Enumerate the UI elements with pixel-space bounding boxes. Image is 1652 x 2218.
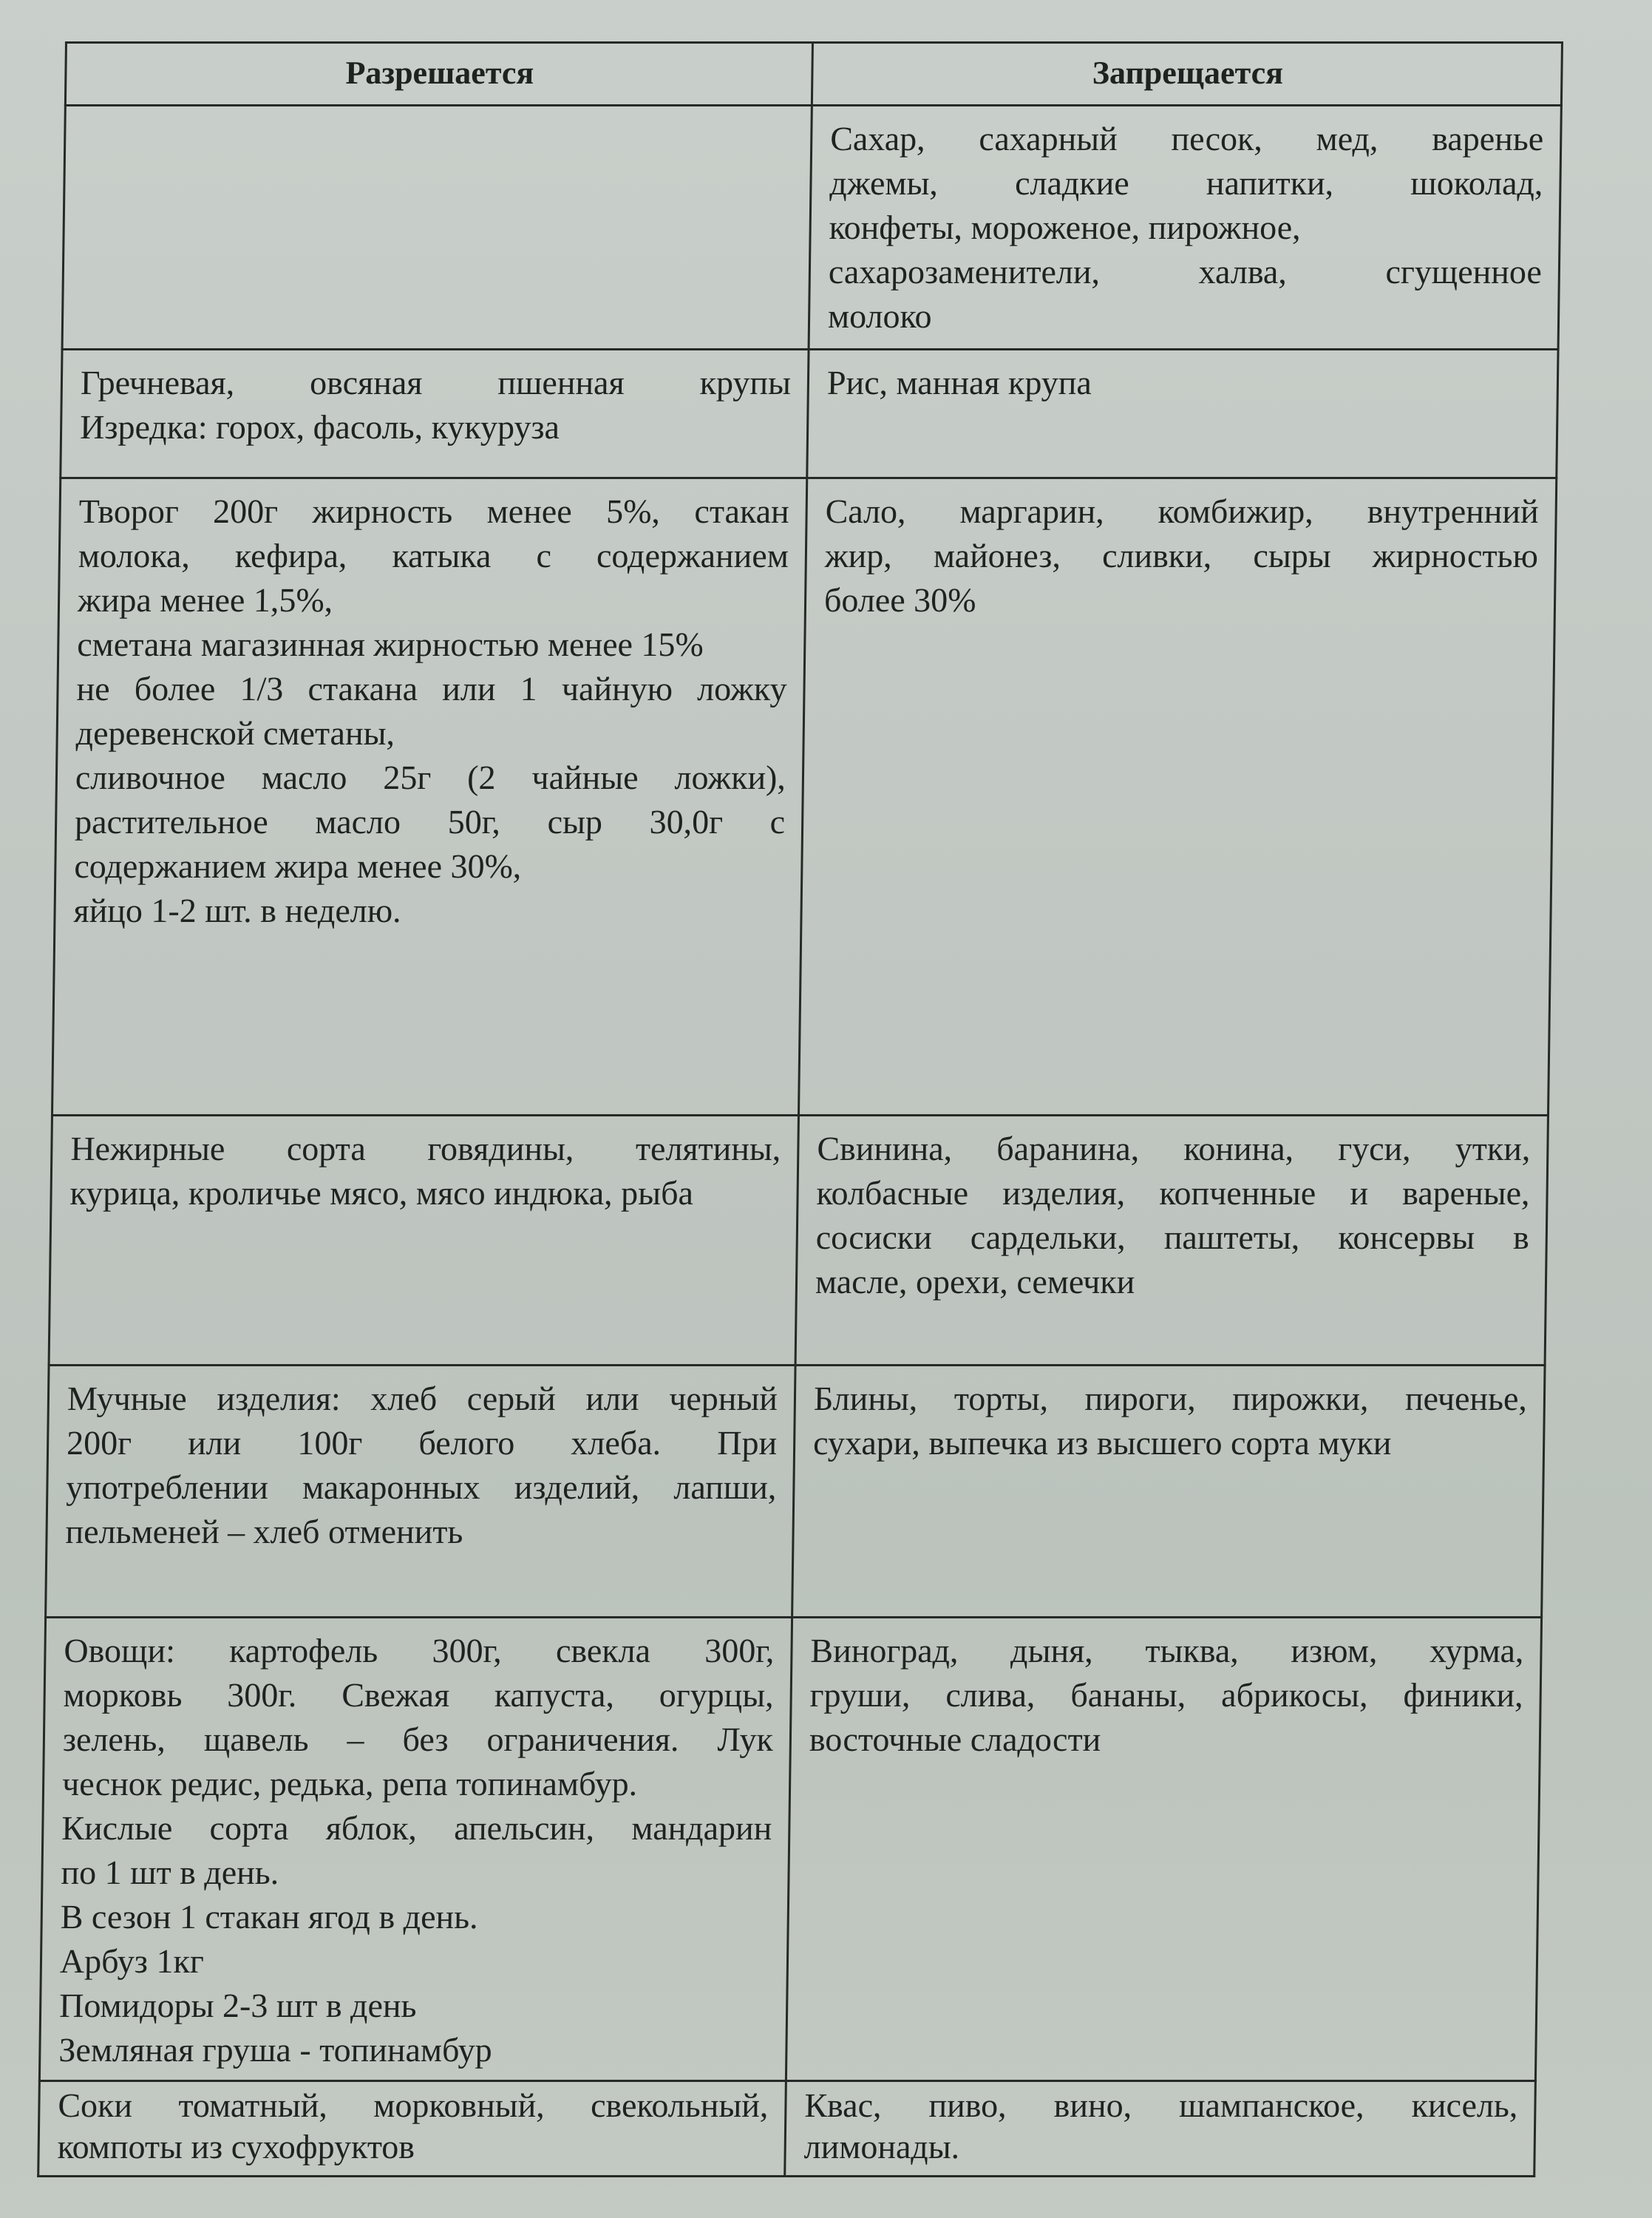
allowed-line: Нежирные сорта говядины, телятины, <box>70 1127 781 1171</box>
forbidden-line: Сало, маргарин, комбижир, внутренний <box>825 489 1539 534</box>
table-row: Творог 200г жирность менее 5%, стаканмол… <box>52 478 1556 1116</box>
forbidden-line: груши, слива, бананы, абрикосы, финики, <box>809 1673 1523 1717</box>
allowed-line: по 1 шт в день. <box>61 1851 772 1895</box>
table-row: Гречневая, овсяная пшенная крупыИзредка:… <box>61 350 1558 478</box>
allowed-line: В сезон 1 стакан ягод в день. <box>60 1895 771 1939</box>
document-sheet: Разрешается Запрещается Сахар, сахарный … <box>37 41 1561 2177</box>
allowed-line: Творог 200г жирность менее 5%, стакан <box>78 489 789 534</box>
forbidden-line: Блины, торты, пироги, пирожки, печенье, <box>814 1377 1528 1421</box>
allowed-cell: Гречневая, овсяная пшенная крупыИзредка:… <box>61 350 809 478</box>
forbidden-line: восточные сладости <box>809 1717 1523 1762</box>
table-row: Соки томатный, морковный, свекольный,ком… <box>38 2081 1536 2177</box>
forbidden-line: жир, майонез, сливки, сыры жирностью <box>824 534 1538 578</box>
allowed-line: морковь 300г. Свежая капуста, огурцы, <box>63 1673 774 1717</box>
forbidden-line: сосиски сардельки, паштеты, консервы в <box>815 1215 1529 1260</box>
header-row: Разрешается Запрещается <box>65 43 1562 106</box>
allowed-line: 200г или 100г белого хлеба. При <box>67 1421 778 1465</box>
allowed-line: Гречневая, овсяная пшенная крупы <box>81 361 792 405</box>
allowed-line: Земляная груша - топинамбур <box>58 2028 769 2072</box>
allowed-cell: Мучные изделия: хлеб серый или черный200… <box>46 1366 795 1618</box>
allowed-cell: Овощи: картофель 300г, свекла 300г,морко… <box>39 1618 792 2081</box>
forbidden-cell: Квас, пиво, вино, шампанское, кисель,лим… <box>785 2081 1536 2177</box>
forbidden-cell: Свинина, баранина, конина, гуси, утки,ко… <box>795 1116 1548 1366</box>
allowed-line: курица, кроличье мясо, мясо индюка, рыба <box>69 1171 781 1215</box>
forbidden-line: колбасные изделия, копченные и вареные, <box>816 1171 1530 1215</box>
allowed-line: чеснок редис, редька, репа топинамбур. <box>62 1762 773 1806</box>
header-forbidden: Запрещается <box>812 43 1562 106</box>
forbidden-line: сахарозаменители, халва, сгущенное <box>829 250 1543 294</box>
forbidden-cell: Виноград, дыня, тыква, изюм, хурма,груши… <box>786 1618 1541 2081</box>
forbidden-cell: Рис, манная крупа <box>807 350 1558 478</box>
table-row: Мучные изделия: хлеб серый или черный200… <box>46 1366 1545 1618</box>
forbidden-line: сухари, выпечка из высшего сорта муки <box>813 1421 1527 1465</box>
allowed-line: яйцо 1-2 шт. в неделю. <box>73 889 784 933</box>
forbidden-line: лимонады. <box>803 2126 1517 2168</box>
forbidden-line: Сахар, сахарный песок, мед, варенье <box>830 117 1544 161</box>
diet-table: Разрешается Запрещается Сахар, сахарный … <box>37 41 1563 2177</box>
allowed-line: молока, кефира, катыка с содержанием <box>78 534 789 578</box>
forbidden-line: масле, орехи, семечки <box>815 1260 1529 1304</box>
allowed-line: Изредка: горох, фасоль, кукуруза <box>80 405 791 450</box>
allowed-cell <box>62 106 812 350</box>
forbidden-line: более 30% <box>824 578 1538 623</box>
forbidden-line: джемы, сладкие напитки, шоколад, <box>829 161 1543 206</box>
forbidden-line: конфеты, мороженое, пирожное, <box>829 206 1543 250</box>
forbidden-line: Виноград, дыня, тыква, изюм, хурма, <box>810 1629 1524 1673</box>
forbidden-cell: Сахар, сахарный песок, мед, вареньеджемы… <box>809 106 1561 350</box>
allowed-line: употреблении макаронных изделий, лапши, <box>66 1465 777 1510</box>
forbidden-line: Свинина, баранина, конина, гуси, утки, <box>817 1127 1531 1171</box>
allowed-line: Кислые сорта яблок, апельсин, мандарин <box>61 1806 772 1851</box>
allowed-cell: Нежирные сорта говядины, телятины,курица… <box>49 1116 798 1366</box>
allowed-line: сливочное масло 25г (2 чайные ложки), <box>75 756 786 800</box>
allowed-line: Овощи: картофель 300г, свекла 300г, <box>64 1629 775 1673</box>
forbidden-line: Рис, манная крупа <box>827 361 1541 405</box>
forbidden-cell: Блины, торты, пироги, пирожки, печенье,с… <box>792 1366 1545 1618</box>
forbidden-line: молоко <box>828 294 1542 339</box>
allowed-line: Мучные изделия: хлеб серый или черный <box>67 1377 778 1421</box>
header-allowed: Разрешается <box>65 43 812 106</box>
allowed-line: растительное масло 50г, сыр 30,0г с <box>75 800 786 844</box>
allowed-cell: Соки томатный, морковный, свекольный,ком… <box>38 2081 786 2177</box>
allowed-line: компоты из сухофруктов <box>57 2126 768 2168</box>
table-row: Овощи: картофель 300г, свекла 300г,морко… <box>39 1618 1541 2081</box>
allowed-line: зелень, щавель – без ограничения. Лук <box>63 1717 774 1762</box>
forbidden-cell: Сало, маргарин, комбижир, внутреннийжир,… <box>798 478 1556 1116</box>
allowed-line: Помидоры 2-3 шт в день <box>59 1984 770 2028</box>
table-row: Нежирные сорта говядины, телятины,курица… <box>49 1116 1548 1366</box>
allowed-line: не более 1/3 стакана или 1 чайную ложку <box>76 667 787 711</box>
allowed-line: Арбуз 1кг <box>60 1939 771 1984</box>
table-row: Сахар, сахарный песок, мед, вареньеджемы… <box>62 106 1561 350</box>
allowed-line: сметана магазинная жирностью менее 15% <box>77 623 788 667</box>
allowed-line: деревенской сметаны, <box>75 711 786 756</box>
allowed-line: пельменей – хлеб отменить <box>65 1510 776 1554</box>
forbidden-line: Квас, пиво, вино, шампанское, кисель, <box>804 2085 1518 2126</box>
allowed-line: Соки томатный, морковный, свекольный, <box>58 2085 769 2126</box>
allowed-cell: Творог 200г жирность менее 5%, стаканмол… <box>52 478 806 1116</box>
allowed-line: жира менее 1,5%, <box>78 578 789 623</box>
allowed-line: содержанием жира менее 30%, <box>74 844 785 889</box>
